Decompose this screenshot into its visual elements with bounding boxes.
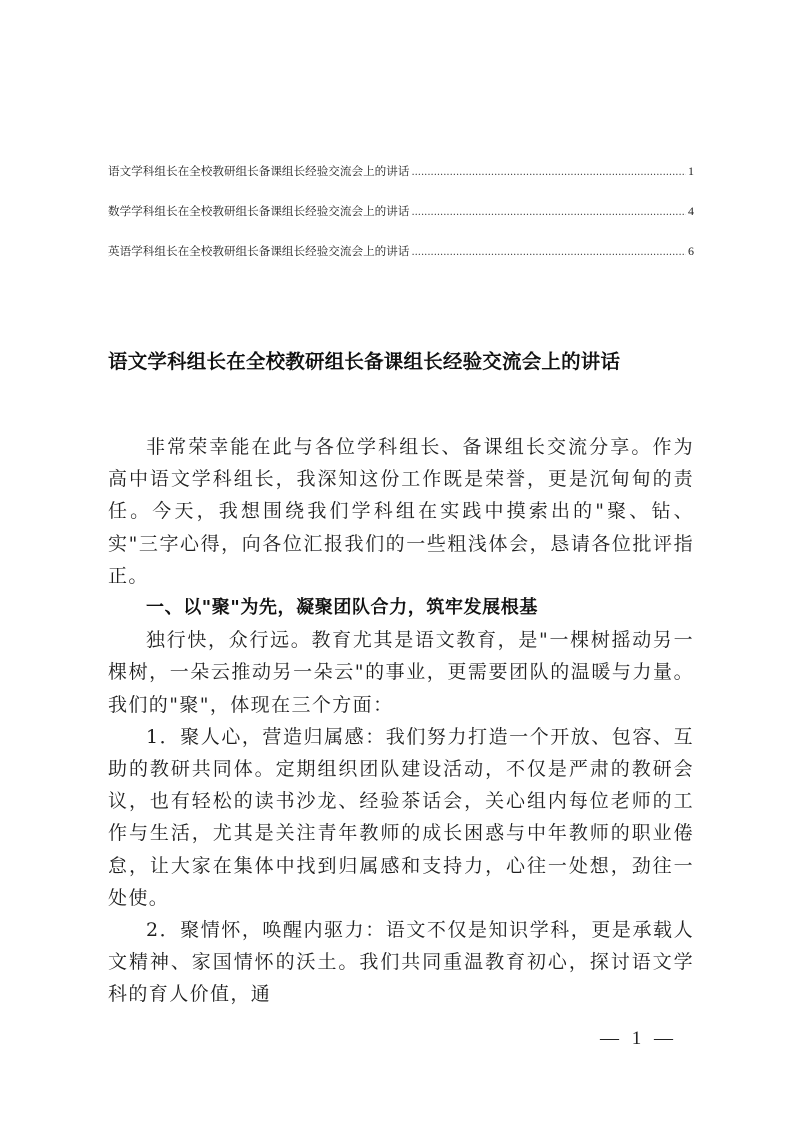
toc-leader-dots: ........................................…: [411, 167, 686, 178]
list-item-paragraph: 1．聚人心，营造归属感：我们努力打造一个开放、包容、互助的教研共同体。定期组织团…: [108, 721, 694, 914]
intro-paragraph: 非常荣幸能在此与各位学科组长、备课组长交流分享。作为高中语文学科组长，我深知这份…: [108, 431, 694, 592]
toc-entry-title: 语文学科组长在全校教研组长备课组长经验交流会上的讲话: [108, 163, 409, 179]
page-number: — 1 —: [600, 1028, 677, 1050]
toc-entry[interactable]: 数学学科组长在全校教研组长备课组长经验交流会上的讲话 .............…: [108, 203, 694, 243]
toc-entry[interactable]: 语文学科组长在全校教研组长备课组长经验交流会上的讲话 .............…: [108, 163, 694, 203]
list-item-paragraph: 2．聚情怀，唤醒内驱力：语文不仅是知识学科，更是承载人文精神、家国情怀的沃土。我…: [108, 914, 694, 1011]
toc-leader-dots: ........................................…: [411, 247, 686, 258]
document-body: 非常荣幸能在此与各位学科组长、备课组长交流分享。作为高中语文学科组长，我深知这份…: [108, 431, 694, 1011]
toc-leader-dots: ........................................…: [411, 207, 686, 218]
toc-entry[interactable]: 英语学科组长在全校教研组长备课组长经验交流会上的讲话 .............…: [108, 243, 694, 283]
toc-entry-page: 1: [688, 164, 694, 179]
toc-entry-page: 6: [688, 244, 694, 259]
toc-entry-title: 数学学科组长在全校教研组长备课组长经验交流会上的讲话: [108, 203, 409, 219]
toc-entry-title: 英语学科组长在全校教研组长备课组长经验交流会上的讲话: [108, 243, 409, 259]
section-intro-paragraph: 独行快，众行远。教育尤其是语文教育，是"一棵树摇动另一棵树，一朵云推动另一朵云"…: [108, 624, 694, 721]
document-title: 语文学科组长在全校教研组长备课组长经验交流会上的讲话: [108, 346, 620, 374]
table-of-contents: 语文学科组长在全校教研组长备课组长经验交流会上的讲话 .............…: [108, 163, 694, 283]
section-heading: 一、以"聚"为先，凝聚团队合力，筑牢发展根基: [108, 592, 694, 624]
toc-entry-page: 4: [688, 204, 694, 219]
